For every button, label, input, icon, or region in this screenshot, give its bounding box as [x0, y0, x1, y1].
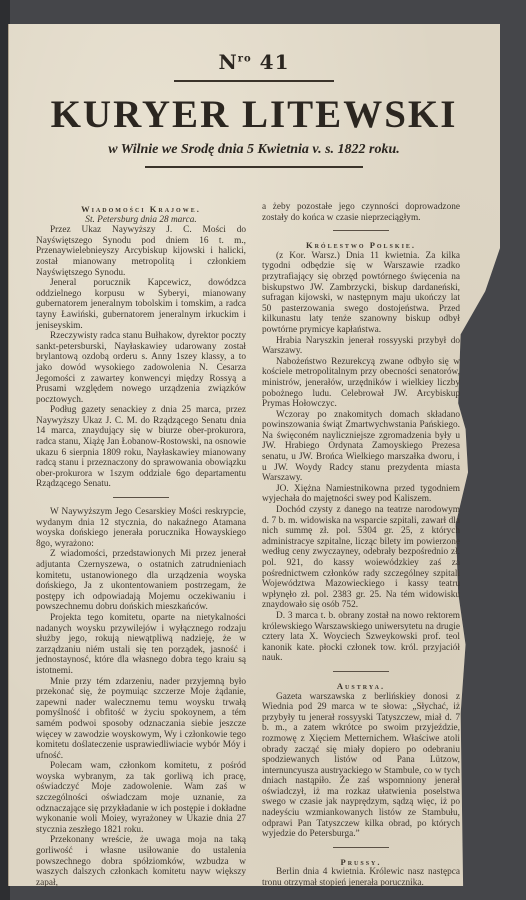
- article-paragraph: Berlin dnia 4 kwietnia. Królewic nasz na…: [262, 867, 460, 888]
- issue-label: Nro: [218, 50, 251, 74]
- masthead: Nro 41 KURYER LITEWSKI w Wilnie we Srodę…: [8, 24, 500, 168]
- article-paragraph: Mnie przy tém zdarzeniu, nader przyjemną…: [36, 677, 246, 762]
- right-column: a żeby pozostałe jego czynności doprowad…: [262, 202, 460, 889]
- article-paragraph: (z Kor. Warsz.) Dnia 11 kwietnia. Za kil…: [262, 251, 460, 336]
- article-paragraph: Z wiadomości, przedstawionych Mi przez j…: [36, 549, 246, 613]
- article-paragraph: Rzeczywisty radca stanu Bułhakow, dyrekt…: [36, 331, 246, 405]
- section-dateline: St. Petersburg dnia 28 marca.: [36, 215, 246, 226]
- masthead-rule-top: [174, 80, 334, 82]
- masthead-rule-bottom: [145, 166, 363, 168]
- article-paragraph: Dochód czysty z danego na teatrze narodo…: [262, 505, 460, 611]
- issue-dateline: w Wilnie we Srodę dnia 5 Kwietnia v. s. …: [8, 142, 500, 158]
- article-paragraph: W Naywyższym Jego Cesarskiey Mości reskr…: [36, 507, 246, 549]
- section-heading-austria: Austrya.: [262, 681, 460, 692]
- article-paragraph: Podług gazety senackiey z dnia 25 marca,…: [36, 405, 246, 490]
- article-paragraph: Gazeta warszawska z berlińskiey donosi z…: [262, 692, 460, 840]
- section-separator: [333, 847, 389, 848]
- article-paragraph: Przekonany wreście, że uwaga moja na tak…: [36, 835, 246, 888]
- article-paragraph: D. 3 marca t. b. obrany został na nowo r…: [262, 611, 460, 664]
- left-column: Wiadomości Krajowe. St. Petersburg dnia …: [36, 202, 246, 888]
- section-heading-poland: Królestwo Polskie.: [262, 240, 460, 251]
- section-heading-domestic: Wiadomości Krajowe.: [36, 204, 246, 215]
- issue-number: Nro 41: [8, 50, 500, 74]
- article-paragraph: Polecam wam, członkom komitetu, z pośród…: [36, 761, 246, 835]
- newspaper-title: KURYER LITEWSKI: [8, 95, 500, 134]
- section-separator: [113, 497, 169, 498]
- article-paragraph: Wczoray po znakomitych domach składano p…: [262, 410, 460, 484]
- continuation-paragraph: a żeby pozostałe jego czynności doprowad…: [262, 202, 460, 223]
- article-paragraph: Jeneral porucznik Kapcewicz, dowódzca od…: [36, 278, 246, 331]
- article-paragraph: JO. Xiężna Namiestnikowna przed tygodnie…: [262, 484, 460, 505]
- article-paragraph: Nabożeństwo Rezurekcyą zwane odbyło się …: [262, 357, 460, 410]
- issue-number-value: 41: [260, 50, 290, 74]
- article-paragraph: Przez Ukaz Naywyższy J. C. Mości do Nayś…: [36, 225, 246, 278]
- section-separator: [333, 671, 389, 672]
- article-paragraph: Hrabia Naryszkin jenerał rossyyski przyb…: [262, 336, 460, 357]
- section-separator: [333, 230, 389, 231]
- section-heading-prussia: Prussy.: [262, 857, 460, 868]
- article-paragraph: Projekta tego komitetu, oparte na nietyk…: [36, 613, 246, 677]
